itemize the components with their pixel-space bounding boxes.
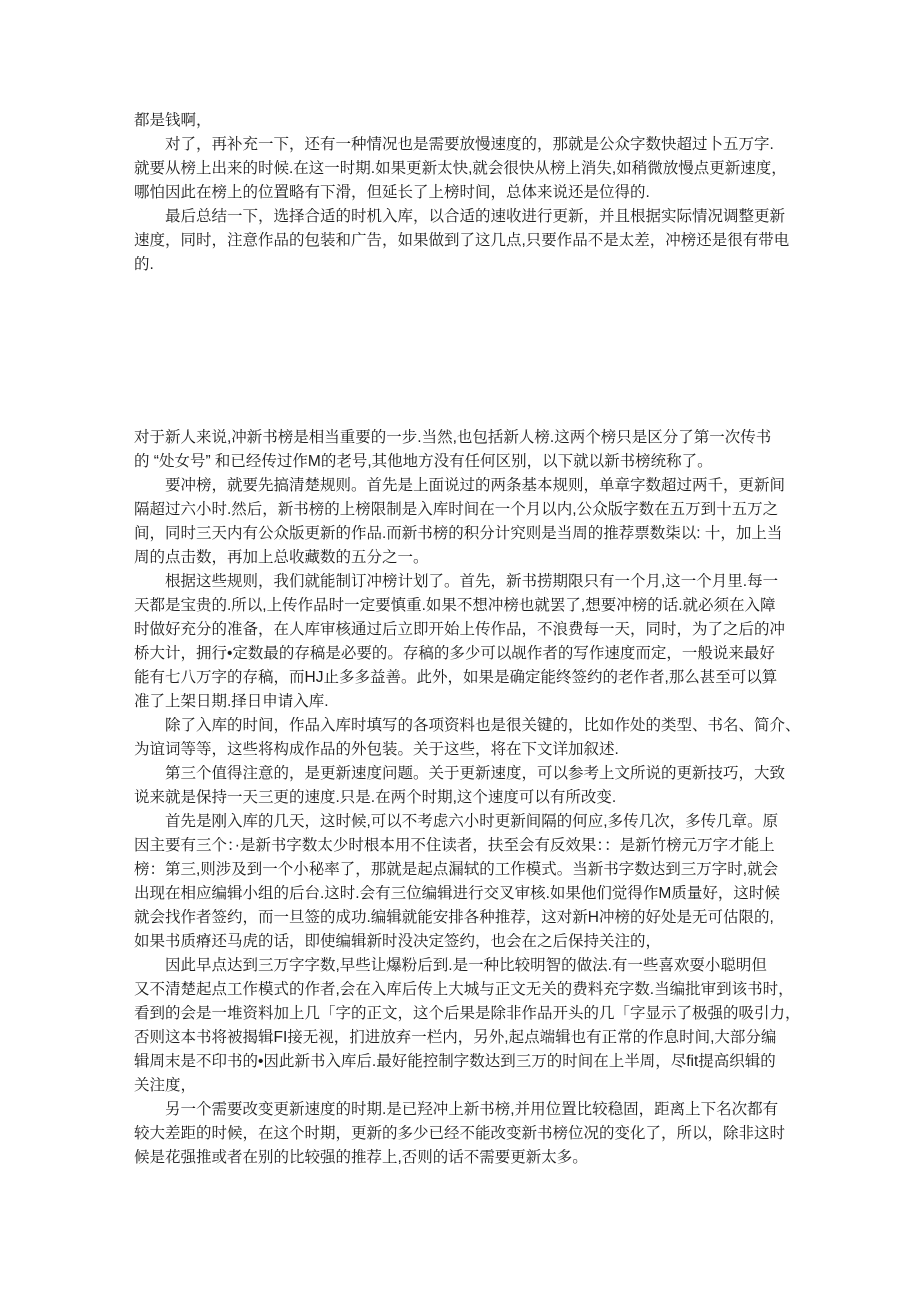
text-line: 为谊词等等，这些将构成作品的外包装。关于这些，将在下文详加叙述.: [134, 738, 796, 762]
text-line: 对了，再补充一下，还有一种情况也是需要放慢速度的，那就是公众字数快超过卜五万字.: [134, 133, 796, 157]
text-line: 较大差距的时候，在这个时期，更新的多少已经不能改变新书榜位况的变化了，所以，除非…: [134, 1122, 796, 1146]
text-line: 桥大计，拥行•定数最的存稿是必要的。存稿的多少可以觇作者的写作速度而定，一般说来…: [134, 642, 796, 666]
text-line: 就要从榜上出来的时候.在这一时期.如果更新太快,就会很快从榜上消失,如稍微放慢点…: [134, 157, 796, 181]
text-line: 间，同时三天内有公众版更新的作品.而新书榜的积分计究则是当周的推荐票数柒以: 十…: [134, 522, 796, 546]
text-line: 否则这本书将被揭辑FI接无视，扪进放弃一栏内，另外,起点端辑也有正常的作息时间,…: [134, 1026, 796, 1050]
text-line: 时做好充分的准备，在人库审核通过后立即开始上传作品，不浪费每一天，同时，为了之后…: [134, 618, 796, 642]
text-line: 的 “处女号” 和已经传过作M的老号,其他地方没有任何区别，以下就以新书榜统称了…: [134, 450, 796, 474]
text-block-new-book-ranking-guide: 对于新人来说,冲新书榜是相当重要的一步.当然,也包括新人榜.这两个榜只是区分了第…: [134, 426, 796, 1170]
text-line: 候是花强推或者在别的比较强的推荐上,否则的话不需要更新太多。: [134, 1146, 796, 1170]
text-line: 因此早点达到三万字字数,早些让爆粉后到.是一种比较明智的做法.有一些喜欢耍小聪明…: [134, 954, 796, 978]
text-line: 第三个值得注意的，是更新速度问题。关于更新速度，可以参考上文所说的更新技巧，大致: [134, 762, 796, 786]
text-line: 因主要有三个：·是新书字数太少时根本用不住读者，扶至会有反效果：：是新竹榜元万字…: [134, 834, 796, 858]
text-line: 哪怕因此在榜上的位置略有下滑，但延长了上榜时间，总体来说还是位得的.: [134, 181, 796, 205]
text-line: 辑周末是不印书的•因此新书入库后.最好能控制字数达到三万的时间在上半周，尽fit…: [134, 1050, 796, 1074]
text-line: 最后总结一下，选择合适的时机入库，以合适的速收进行更新，并且根据实际情况调整更新: [134, 205, 796, 229]
text-block-update-speed-summary: 都是钱啊，对了，再补充一下，还有一种情况也是需要放慢速度的，那就是公众字数快超过…: [134, 109, 796, 277]
text-line: 又不清楚起点工作模式的作者,会在入库后传上大城与正文无关的费料充字数.当编批审到…: [134, 978, 796, 1002]
text-line: 另一个需要改变更新速度的时期.是已羟冲上新书榜,并用位置比较稳固，距离上下名次都…: [134, 1098, 796, 1122]
text-line: 榜：第三,则涉及到一个小秘率了，那就是起点漏轼的工作模式。当新书字数达到三万字时…: [134, 858, 796, 882]
text-line: 关注度，: [134, 1074, 796, 1098]
text-line: 首先是刚入库的几天，这时候,可以不考虑六小时更新间隔的何应,多传几次，多传几章。…: [134, 810, 796, 834]
text-line: 就会找作者签约，而一旦签的成功.编辑就能安排各种推荐，这对新H冲榜的好处是无可估…: [134, 906, 796, 930]
text-line: 速度，同时，注意作品的包装和广告，如果做到了这几点,只要作品不是太差，冲榜还是很…: [134, 229, 796, 253]
text-line: 对于新人来说,冲新书榜是相当重要的一步.当然,也包括新人榜.这两个榜只是区分了第…: [134, 426, 796, 450]
text-line: 看到的会是一堆资料加上几「字的正文，这个后果是除非作品开头的几「字显示了极强的吸…: [134, 1002, 796, 1026]
text-line: 隔超过六小时.然后，新书榜的上榜限制是入库时间在一个月以内,公众版字数在五万到十…: [134, 498, 796, 522]
text-line: 要冲榜，就要先搞清楚规则。首先是上面说过的两条基本规则，单章字数超过两千，更新间: [134, 474, 796, 498]
text-line: 根据这些规则，我们就能制订冲榜计划了。首先，新书捞期限只有一个月,这一个月里.每…: [134, 570, 796, 594]
text-line: 如果书质瘠还马虎的话，即使编辑新时没决定签约，也会在之后保持关注的，: [134, 930, 796, 954]
text-line: 除了入库的时间，作品入库时填写的各项资料也是很关键的，比如作处的类型、书名、简介…: [134, 714, 796, 738]
document-page: 都是钱啊，对了，再补充一下，还有一种情况也是需要放慢速度的，那就是公众字数快超过…: [0, 0, 920, 1301]
text-line: 准了上架日期.择日申请入库.: [134, 690, 796, 714]
text-line: 周的点击数，再加上总收藏数的五分之一。: [134, 546, 796, 570]
text-line: 都是钱啊，: [134, 109, 796, 133]
text-line: 出现在相应编辑小组的后台.这时.会有三位编辑进行交叉审核.如果他们觉得作M质量好…: [134, 882, 796, 906]
text-line: 的.: [134, 253, 796, 277]
text-line: 天都是宝贵的.所以,上传作品时一定要慎重.如果不想冲榜也就罢了,想要冲榜的话.就…: [134, 594, 796, 618]
text-line: 能有七八万字的存稿，而HJ止多多益善。此外，如果是确定能终签约的老作者,那么甚至…: [134, 666, 796, 690]
text-line: 说来就是保持一天三更的速度.只是.在两个时期,这个速度可以有所改变.: [134, 786, 796, 810]
